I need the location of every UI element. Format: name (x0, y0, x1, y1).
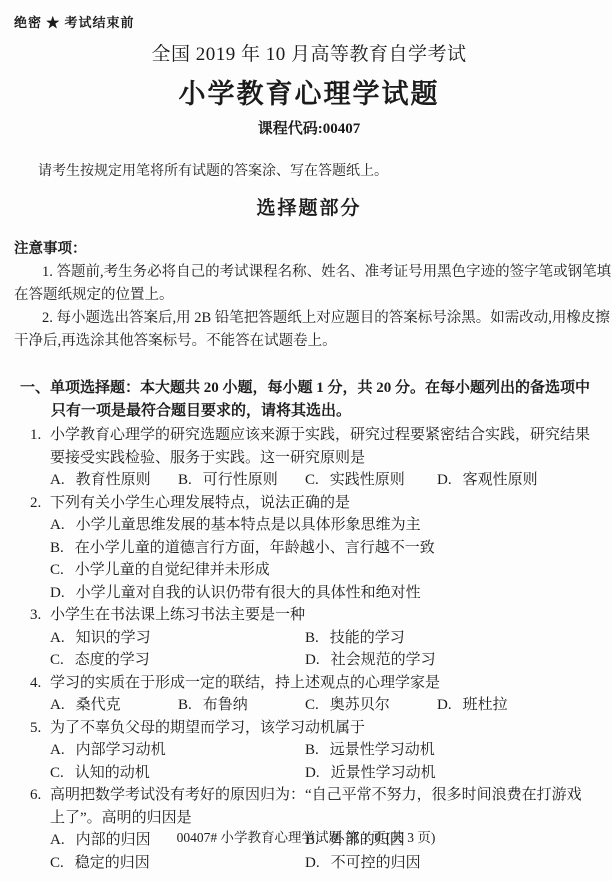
option-label: C. (305, 694, 319, 717)
question-stem: 为了不辜负父母的期望而学习，该学习动机属于 (50, 717, 604, 740)
option-label: A. (50, 627, 65, 650)
option: A.内部学习动机 (50, 739, 305, 762)
general-instruction: 请考生按规定用笔将所有试题的答案涂、写在答题纸上。 (14, 160, 604, 180)
option-text: 桑代克 (76, 697, 121, 713)
part-heading: 一、单项选择题：本大题共 20 小题，每小题 1 分，共 20 分。在每小题列出… (14, 377, 604, 423)
option: D.小学儿童对自我的认识仍带有很大的具体性和绝对性 (50, 582, 604, 605)
option-text: 实践性原则 (330, 472, 405, 488)
option: C.态度的学习 (50, 649, 305, 672)
option-label: B. (178, 694, 192, 717)
question-1: 1. 小学教育心理学的研究选题应该来源于实践，研究过程要紧密结合实践，研究结果 … (14, 424, 604, 492)
question-number: 4. (30, 672, 48, 695)
option: D.近景性学习动机 (305, 762, 604, 785)
options: A.桑代克 B.布鲁纳 C.奥苏贝尔 D.班杜拉 (50, 694, 604, 717)
note-2-line-1: 2. 每小题选出答案后,用 2B 铅笔把答题纸上对应题目的答案标号涂黑。如需改动… (14, 307, 604, 330)
option-text: 认知的动机 (75, 765, 150, 781)
option: B.布鲁纳 (178, 694, 305, 717)
question-4: 4. 学习的实质在于形成一定的联结，持上述观点的心理学家是 A.桑代克 B.布鲁… (14, 672, 604, 717)
question-number: 5. (30, 717, 48, 740)
option: A.知识的学习 (50, 627, 305, 650)
option: B.技能的学习 (305, 627, 604, 650)
question-stem: 小学教育心理学的研究选题应该来源于实践，研究过程要紧密结合实践，研究结果 要接受… (50, 424, 604, 469)
notes-block: 注意事项： 1. 答题前,考生务必将自己的考试课程名称、姓名、准考证号用黑色字迹… (14, 238, 604, 353)
question-5: 5. 为了不辜负父母的期望而学习，该学习动机属于 A.内部学习动机 B.远景性学… (14, 717, 604, 785)
option-text: 布鲁纳 (203, 697, 248, 713)
option-label: D. (50, 582, 65, 605)
question-2: 2. 下列有关小学生心理发展特点，说法正确的是 A.小学儿童思维发展的基本特点是… (14, 492, 604, 605)
question-stem: 下列有关小学生心理发展特点，说法正确的是 (50, 492, 604, 515)
option-text: 小学儿童思维发展的基本特点是以具体形象思维为主 (76, 517, 421, 533)
option-label: D. (305, 762, 320, 785)
option: D.不可控的归因 (305, 852, 604, 875)
option-text: 小学儿童对自我的认识仍带有很大的具体性和绝对性 (76, 585, 421, 601)
option-label: B. (50, 537, 64, 560)
option-label: C. (50, 852, 64, 875)
exam-session: 全国 2019 年 10 月高等教育自学考试 (14, 39, 604, 66)
option-text: 远景性学习动机 (330, 742, 435, 758)
option: A.教育性原则 (50, 469, 178, 492)
option-text: 不可控的归因 (331, 855, 421, 871)
option-text: 技能的学习 (330, 630, 405, 646)
page-footer: 00407# 小学教育心理学试题 第 1 页(共 3 页) (0, 826, 612, 846)
note-2-line-2: 干净后,再选涂其他答案标号。不能答在试题卷上。 (14, 330, 604, 353)
option: D.班杜拉 (437, 694, 604, 717)
option-label: D. (437, 694, 452, 717)
question-3: 3. 小学生在书法课上练习书法主要是一种 A.知识的学习 B.技能的学习 C.态… (14, 604, 604, 672)
security-label: 绝密 ★ 考试结束前 (14, 12, 604, 31)
option-label: A. (50, 739, 65, 762)
exam-header: 全国 2019 年 10 月高等教育自学考试 小学教育心理学试题 课程代码:00… (14, 39, 604, 138)
part-heading-line-1: 一、单项选择题：本大题共 20 小题，每小题 1 分，共 20 分。在每小题列出… (14, 377, 604, 400)
option: B.可行性原则 (178, 469, 305, 492)
option-text: 在小学儿童的道德言行方面，年龄越小、言行越不一致 (75, 540, 435, 556)
option-text: 稳定的归因 (75, 855, 150, 871)
option-label: C. (50, 649, 64, 672)
options: A.教育性原则 B.可行性原则 C.实践性原则 D.客观性原则 (50, 469, 604, 492)
option-text: 奥苏贝尔 (330, 697, 390, 713)
option-label: A. (50, 694, 65, 717)
option-text: 班杜拉 (463, 697, 508, 713)
question-stem: 高明把数学考试没有考好的原因归为：“自己平常不努力，很多时间浪费在打游戏 上了”… (50, 784, 604, 829)
option-label: B. (305, 627, 319, 650)
option-text: 态度的学习 (75, 652, 150, 668)
option: C.奥苏贝尔 (305, 694, 437, 717)
question-stem: 学习的实质在于形成一定的联结，持上述观点的心理学家是 (50, 672, 604, 695)
question-stem: 小学生在书法课上练习书法主要是一种 (50, 604, 604, 627)
question-number: 1. (30, 424, 48, 447)
option-label: C. (305, 469, 319, 492)
note-1-line-1: 1. 答题前,考生务必将自己的考试课程名称、姓名、准考证号用黑色字迹的签字笔或钢… (14, 261, 604, 284)
section-title: 选择题部分 (14, 193, 604, 220)
course-code: 课程代码:00407 (14, 117, 604, 138)
option: C.小学儿童的自觉纪律并未形成 (50, 559, 604, 582)
option-text: 内部学习动机 (76, 742, 166, 758)
options: A.知识的学习 B.技能的学习 C.态度的学习 D.社会规范的学习 (50, 627, 604, 672)
question-number: 6. (30, 784, 48, 807)
option: A.小学儿童思维发展的基本特点是以具体形象思维为主 (50, 514, 604, 537)
option-label: D. (305, 649, 320, 672)
option: B.在小学儿童的道德言行方面，年龄越小、言行越不一致 (50, 537, 604, 560)
question-list: 1. 小学教育心理学的研究选题应该来源于实践，研究过程要紧密结合实践，研究结果 … (14, 424, 604, 874)
option: D.社会规范的学习 (305, 649, 604, 672)
note-1-line-2: 在答题纸规定的位置上。 (14, 284, 604, 307)
option: C.实践性原则 (305, 469, 437, 492)
option: D.客观性原则 (437, 469, 604, 492)
option: C.认知的动机 (50, 762, 305, 785)
option-label: A. (50, 514, 65, 537)
option: A.桑代克 (50, 694, 178, 717)
option-label: C. (50, 762, 64, 785)
option-text: 社会规范的学习 (331, 652, 436, 668)
option: C.稳定的归因 (50, 852, 305, 875)
part-heading-line-2: 只有一项是最符合题目要求的，请将其选出。 (14, 400, 604, 423)
option-text: 客观性原则 (463, 472, 538, 488)
option-label: B. (178, 469, 192, 492)
option-text: 小学儿童的自觉纪律并未形成 (75, 562, 270, 578)
option-text: 近景性学习动机 (331, 765, 436, 781)
exam-page: 绝密 ★ 考试结束前 全国 2019 年 10 月高等教育自学考试 小学教育心理… (0, 0, 612, 881)
question-number: 3. (30, 604, 48, 627)
option-label: B. (305, 739, 319, 762)
options: A.小学儿童思维发展的基本特点是以具体形象思维为主 B.在小学儿童的道德言行方面… (50, 514, 604, 604)
exam-title: 小学教育心理学试题 (14, 72, 604, 111)
options: A.内部学习动机 B.远景性学习动机 C.认知的动机 D.近景性学习动机 (50, 739, 604, 784)
notes-heading: 注意事项： (14, 238, 604, 261)
option-label: A. (50, 469, 65, 492)
option-label: C. (50, 559, 64, 582)
option-text: 可行性原则 (203, 472, 278, 488)
option-text: 知识的学习 (76, 630, 151, 646)
option-text: 教育性原则 (76, 472, 151, 488)
option: B.远景性学习动机 (305, 739, 604, 762)
option-label: D. (437, 469, 452, 492)
option-label: D. (305, 852, 320, 875)
question-number: 2. (30, 492, 48, 515)
